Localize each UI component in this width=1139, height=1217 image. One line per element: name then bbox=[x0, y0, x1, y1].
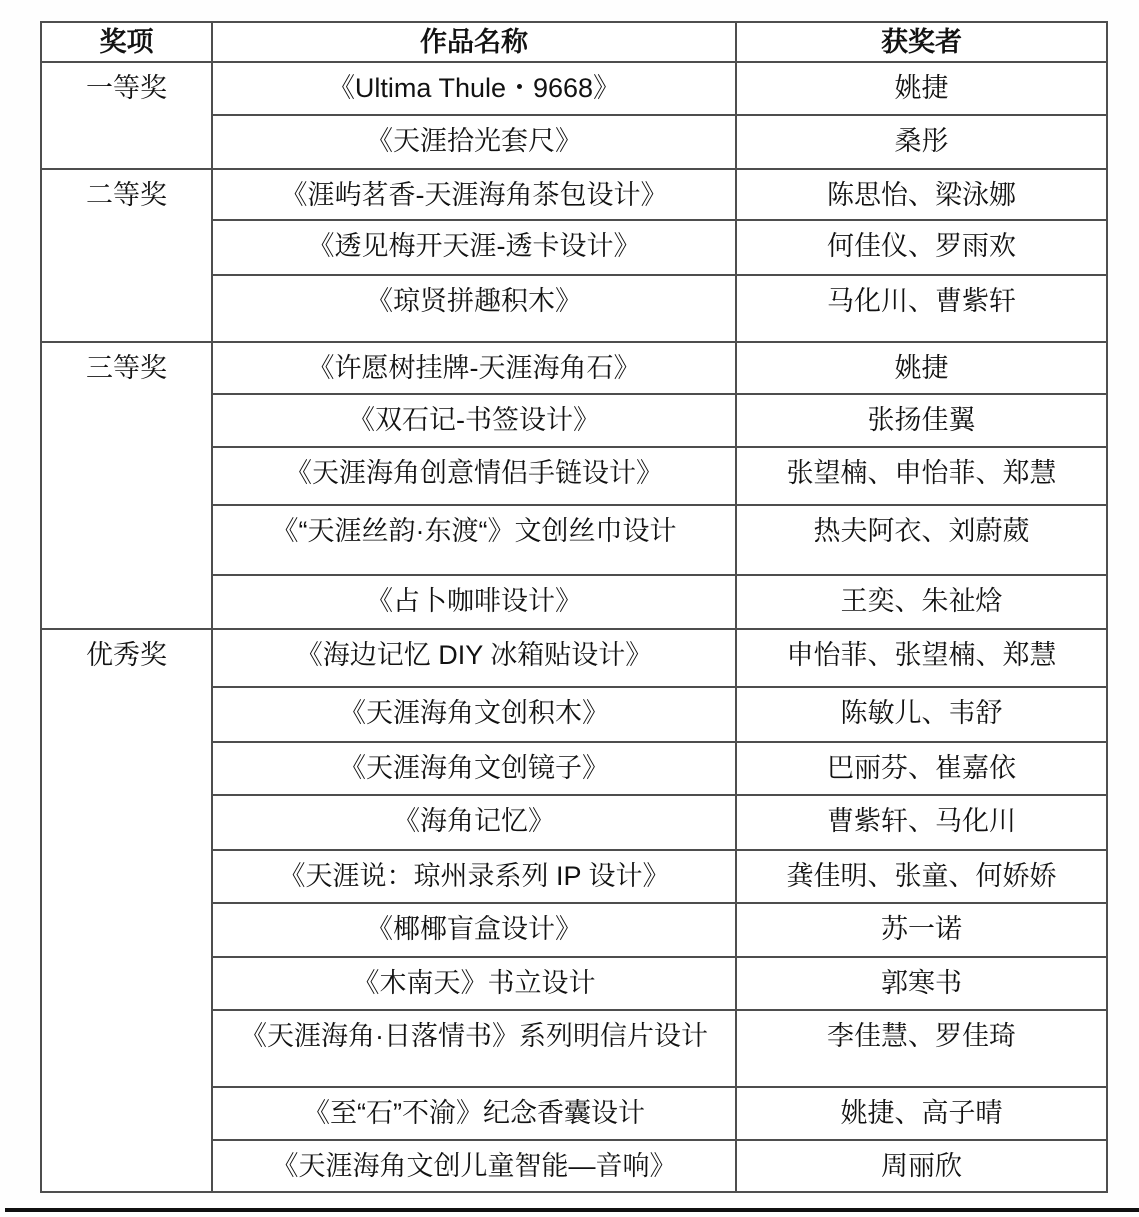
winner-cell: 王奕、朱祉焓 bbox=[736, 575, 1107, 629]
work-cell: 《天涯海角文创儿童智能—音响》 bbox=[212, 1140, 736, 1192]
winner-cell: 桑彤 bbox=[736, 115, 1107, 169]
page-bottom-rule bbox=[5, 1208, 1139, 1212]
table-row: 三等奖《许愿树挂牌-天涯海角石》姚捷 bbox=[41, 342, 1107, 394]
winner-cell: 巴丽芬、崔嘉依 bbox=[736, 742, 1107, 795]
winner-cell: 苏一诺 bbox=[736, 903, 1107, 957]
award-cell: 一等奖 bbox=[41, 62, 212, 169]
work-cell: 《至“石”不渝》纪念香囊设计 bbox=[212, 1087, 736, 1140]
work-cell: 《天涯拾光套尺》 bbox=[212, 115, 736, 169]
winner-cell: 申怡菲、张望楠、郑慧 bbox=[736, 629, 1107, 687]
work-cell: 《天涯海角·日落情书》系列明信片设计 bbox=[212, 1010, 736, 1087]
winner-cell: 张扬佳翼 bbox=[736, 394, 1107, 447]
work-cell: 《涯屿茗香-天涯海角茶包设计》 bbox=[212, 169, 736, 220]
table-row: 优秀奖《海边记忆 DIY 冰箱贴设计》申怡菲、张望楠、郑慧 bbox=[41, 629, 1107, 687]
winner-cell: 姚捷 bbox=[736, 62, 1107, 115]
award-cell: 优秀奖 bbox=[41, 629, 212, 1192]
work-cell: 《木南天》书立设计 bbox=[212, 957, 736, 1010]
document-page: 奖项 作品名称 获奖者 一等奖《Ultima Thule・9668》姚捷《天涯拾… bbox=[0, 0, 1139, 1217]
winner-cell: 张望楠、申怡菲、郑慧 bbox=[736, 447, 1107, 505]
winner-cell: 马化川、曹紫轩 bbox=[736, 275, 1107, 342]
winner-cell: 陈敏儿、韦舒 bbox=[736, 687, 1107, 742]
winner-cell: 热夫阿衣、刘蔚葳 bbox=[736, 505, 1107, 575]
work-cell: 《琼贤拼趣积木》 bbox=[212, 275, 736, 342]
header-work: 作品名称 bbox=[212, 22, 736, 62]
work-cell: 《天涯海角文创镜子》 bbox=[212, 742, 736, 795]
winner-cell: 姚捷、高子晴 bbox=[736, 1087, 1107, 1140]
awards-table: 奖项 作品名称 获奖者 一等奖《Ultima Thule・9668》姚捷《天涯拾… bbox=[40, 21, 1108, 1193]
header-award: 奖项 bbox=[41, 22, 212, 62]
work-cell: 《天涯海角创意情侣手链设计》 bbox=[212, 447, 736, 505]
award-cell: 二等奖 bbox=[41, 169, 212, 342]
table-row: 一等奖《Ultima Thule・9668》姚捷 bbox=[41, 62, 1107, 115]
work-cell: 《许愿树挂牌-天涯海角石》 bbox=[212, 342, 736, 394]
work-cell: 《天涯海角文创积木》 bbox=[212, 687, 736, 742]
winner-cell: 曹紫轩、马化川 bbox=[736, 795, 1107, 850]
winner-cell: 周丽欣 bbox=[736, 1140, 1107, 1192]
winner-cell: 何佳仪、罗雨欢 bbox=[736, 220, 1107, 275]
winner-cell: 李佳慧、罗佳琦 bbox=[736, 1010, 1107, 1087]
work-cell: 《Ultima Thule・9668》 bbox=[212, 62, 736, 115]
work-cell: 《“天涯丝韵·东渡“》文创丝巾设计 bbox=[212, 505, 736, 575]
winner-cell: 姚捷 bbox=[736, 342, 1107, 394]
winner-cell: 陈思怡、梁泳娜 bbox=[736, 169, 1107, 220]
work-cell: 《双石记-书签设计》 bbox=[212, 394, 736, 447]
work-cell: 《海边记忆 DIY 冰箱贴设计》 bbox=[212, 629, 736, 687]
work-cell: 《海角记忆》 bbox=[212, 795, 736, 850]
winner-cell: 龚佳明、张童、何娇娇 bbox=[736, 850, 1107, 903]
work-cell: 《天涯说：琼州录系列 IP 设计》 bbox=[212, 850, 736, 903]
work-cell: 《透见梅开天涯-透卡设计》 bbox=[212, 220, 736, 275]
winner-cell: 郭寒书 bbox=[736, 957, 1107, 1010]
award-cell: 三等奖 bbox=[41, 342, 212, 629]
header-winner: 获奖者 bbox=[736, 22, 1107, 62]
work-cell: 《占卜咖啡设计》 bbox=[212, 575, 736, 629]
header-row: 奖项 作品名称 获奖者 bbox=[41, 22, 1107, 62]
work-cell: 《椰椰盲盒设计》 bbox=[212, 903, 736, 957]
table-row: 二等奖《涯屿茗香-天涯海角茶包设计》陈思怡、梁泳娜 bbox=[41, 169, 1107, 220]
awards-table-body: 一等奖《Ultima Thule・9668》姚捷《天涯拾光套尺》桑彤二等奖《涯屿… bbox=[41, 62, 1107, 1192]
